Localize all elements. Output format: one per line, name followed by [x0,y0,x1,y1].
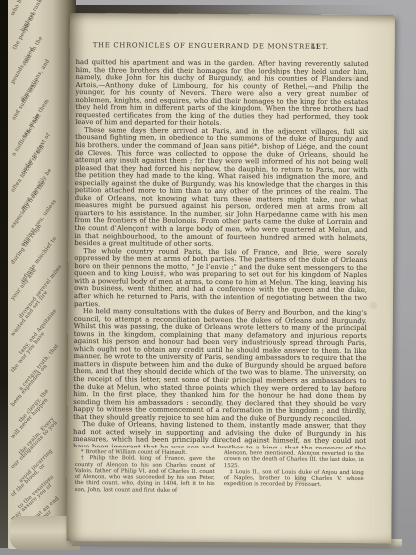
footnotes: * Brother of William count of Hainault. … [75,449,367,495]
footnote: ‡ Louis II., son of Louis duke of Anjou … [224,469,364,489]
footnote: † Philip the Bold, king of France, gave … [75,455,215,494]
paragraph: The duke of Orleans, having listened to … [73,421,366,449]
book-photo: { "colors": { "backdrop_gray": "#a6a6a9"… [0,0,416,555]
paragraph: had quitted his apartment and was in the… [75,59,368,129]
facing-page-edge: who had the highest rank ; but the peopl… [8,0,76,549]
page-header: THE CHRONICLES OF ENGUERRAND DE MONSTREL… [76,41,370,53]
paragraph: These same days there arrived at Paris, … [74,127,368,250]
footnote-column-left: * Brother of William count of Hainault. … [75,449,215,494]
page-number: 41 [311,43,320,51]
body-text: had quitted his apartment and was in the… [73,59,369,449]
main-page: THE CHRONICLES OF ENGUERRAND DE MONSTREL… [66,13,395,543]
paragraph: He held many consultations with the duke… [73,308,367,423]
footnote-column-right: Alençon, here mentioned. Alençon reverte… [224,450,364,495]
paragraph: The whole country round Paris, the Isle … [74,248,367,310]
footnote-continuation: Alençon, here mentioned. Alençon reverte… [224,450,364,470]
